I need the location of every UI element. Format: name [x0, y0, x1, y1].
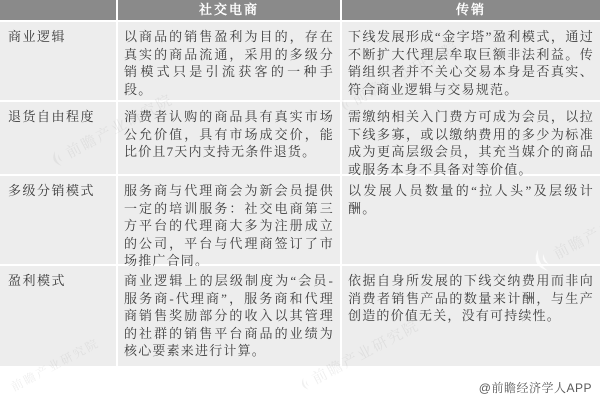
row-label-distribution-model: 多级分销模式 — [0, 176, 116, 264]
qianzhan-logo-icon — [295, 375, 314, 394]
cell-profit-model-mlm: 依据自身所发展的下线交纳费用而非向消费者销售产品的数量来计酬，与生产创造的价值无… — [342, 266, 600, 366]
header-cell-blank — [0, 0, 116, 20]
cell-business-logic-social: 以商品的销售盈利为目的，存在真实的商品流通，采用的多级分销模式只是引流获客的一种… — [118, 22, 340, 100]
source-credit: @前瞻经济学人APP — [479, 379, 592, 396]
row-label-return-freedom: 退货自由程度 — [0, 102, 116, 174]
header-cell-mlm: 传销 — [342, 0, 600, 20]
comparison-infographic: 社交电商 传销 商业逻辑 以商品的销售盈利为目的，存在真实的商品流通，采用的多级… — [0, 0, 600, 400]
cell-profit-model-social: 商业逻辑上的层级制度为“会员-服务商-代理商”，服务商和代理商销售奖励部分的收入… — [118, 266, 340, 366]
comparison-table: 社交电商 传销 商业逻辑 以商品的销售盈利为目的，存在真实的商品流通，采用的多级… — [0, 0, 600, 366]
header-cell-social-ecommerce: 社交电商 — [118, 0, 340, 20]
row-label-business-logic: 商业逻辑 — [0, 22, 116, 100]
cell-return-freedom-mlm: 需缴纳相关入门费方可成为会员，以拉下线多寡，或以缴纳费用的多少为标准成为更高层级… — [342, 102, 600, 174]
cell-distribution-model-social: 服务商与代理商会为新会员提供一定的培训服务：社交电商第三方平台的代理商大多为注册… — [118, 176, 340, 264]
cell-distribution-model-mlm: 以发展人员数量的“拉人头”及层级计酬。 — [342, 176, 600, 264]
cell-return-freedom-social: 消费者认购的商品具有真实市场公允价值，具有市场成交价，能比价且7天内支持无条件退… — [118, 102, 340, 174]
cell-business-logic-mlm: 下线发展形成“金字塔”盈利模式，通过不断扩大代理层牟取巨额非法利益。传销组织者并… — [342, 22, 600, 100]
row-label-profit-model: 盈利模式 — [0, 266, 116, 366]
